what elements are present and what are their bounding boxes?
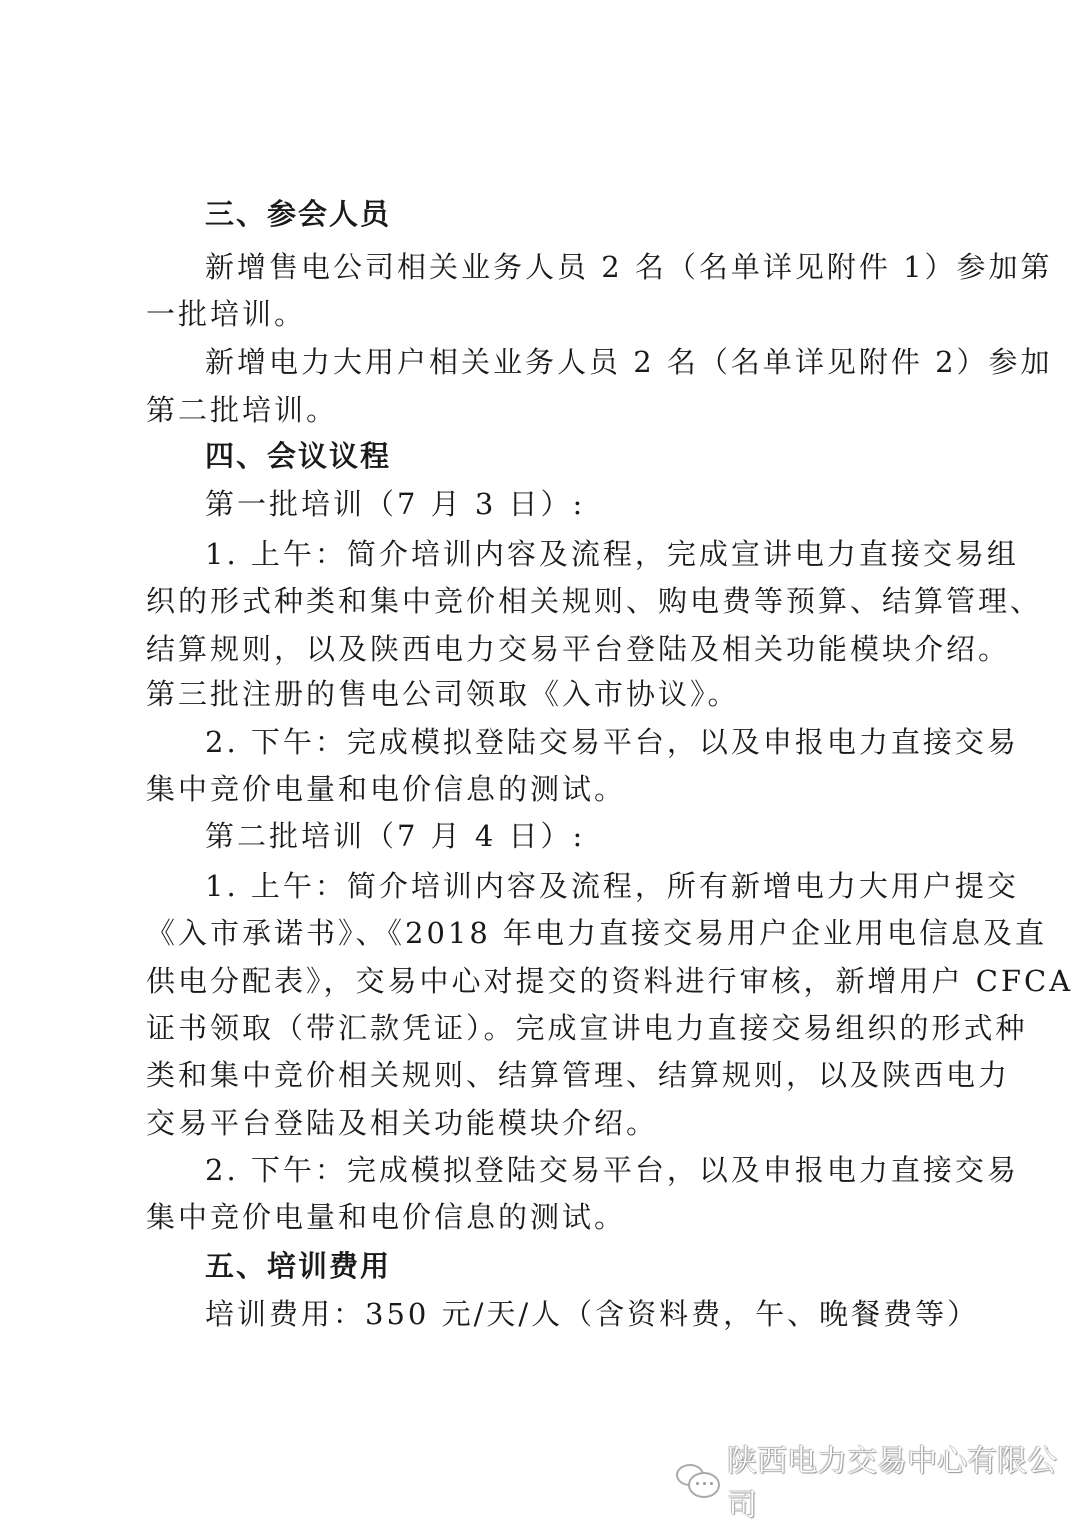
paragraph-line: 一批培训。 bbox=[146, 290, 946, 338]
paragraph-line: 集中竞价电量和电价信息的测试。 bbox=[146, 1193, 946, 1241]
paragraph-line: 1. 上午：简介培训内容及流程，完成宣讲电力直接交易组 bbox=[205, 530, 1005, 578]
watermark-text: 陕西电力交易中心有限公司 bbox=[727, 1436, 1080, 1524]
paragraph-line: 2. 下午：完成模拟登陆交易平台，以及申报电力直接交易 bbox=[205, 718, 1005, 766]
section-heading-fees: 五、培训费用 bbox=[205, 1242, 1005, 1290]
paragraph-line: 新增电力大用户相关业务人员 2 名（名单详见附件 2）参加 bbox=[205, 338, 1005, 386]
watermark: 陕西电力交易中心有限公司 bbox=[676, 1458, 1080, 1502]
paragraph-line: 供电分配表》，交易中心对提交的资料进行审核，新增用户 CFCA bbox=[146, 957, 946, 1005]
section-heading-agenda: 四、会议议程 bbox=[205, 432, 1005, 480]
paragraph-line: 结算规则，以及陕西电力交易平台登陆及相关功能模块介绍。 bbox=[146, 625, 946, 673]
paragraph-line: 第一批培训（7 月 3 日）: bbox=[205, 480, 1005, 528]
paragraph-line: 新增售电公司相关业务人员 2 名（名单详见附件 1）参加第 bbox=[205, 243, 1005, 291]
document-page: 三、参会人员 新增售电公司相关业务人员 2 名（名单详见附件 1）参加第 一批培… bbox=[0, 0, 1080, 1533]
paragraph-line: 第二批培训（7 月 4 日）: bbox=[205, 812, 1005, 860]
paragraph-line: 第三批注册的售电公司领取《入市协议》。 bbox=[146, 670, 946, 718]
wechat-icon bbox=[676, 1462, 719, 1498]
paragraph-line: 第二批培训。 bbox=[146, 386, 946, 434]
paragraph-line: 1. 上午：简介培训内容及流程，所有新增电力大用户提交 bbox=[205, 862, 1005, 910]
paragraph-line: 证书领取（带汇款凭证）。完成宣讲电力直接交易组织的形式种 bbox=[146, 1004, 946, 1052]
section-heading-attendees: 三、参会人员 bbox=[205, 190, 1005, 238]
paragraph-line: 类和集中竞价相关规则、结算管理、结算规则，以及陕西电力 bbox=[146, 1051, 946, 1099]
paragraph-line: 培训费用：350 元/天/人（含资料费，午、晚餐费等） bbox=[205, 1290, 1005, 1338]
paragraph-line: 集中竞价电量和电价信息的测试。 bbox=[146, 765, 946, 813]
paragraph-line: 交易平台登陆及相关功能模块介绍。 bbox=[146, 1099, 946, 1147]
paragraph-line: 2. 下午：完成模拟登陆交易平台，以及申报电力直接交易 bbox=[205, 1146, 1005, 1194]
paragraph-line: 《入市承诺书》、《2018 年电力直接交易用户企业用电信息及直 bbox=[146, 909, 946, 957]
paragraph-line: 织的形式种类和集中竞价相关规则、购电费等预算、结算管理、 bbox=[146, 577, 946, 625]
